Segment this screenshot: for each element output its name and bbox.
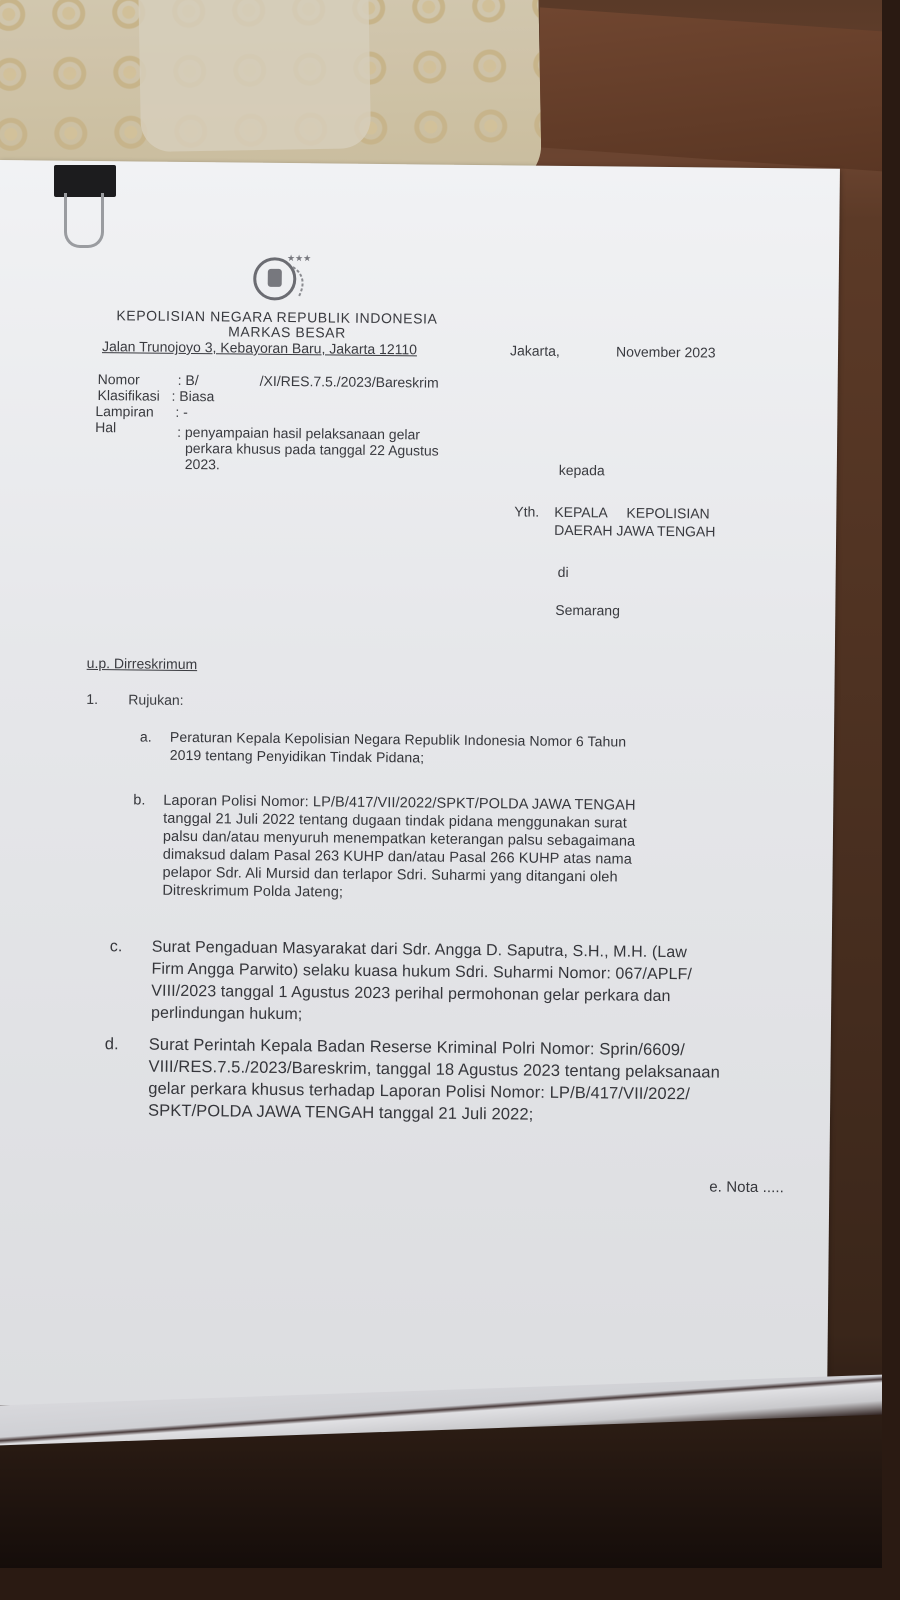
attention-line: u.p. Dirreskrimum (87, 655, 198, 673)
section-title: Rujukan: (128, 691, 183, 709)
hal-label: Hal (95, 419, 116, 436)
reference-line: Surat Perintah Kepala Badan Reserse Krim… (149, 1036, 685, 1061)
reference-line: VIII/RES.7.5./2023/Bareskrim, tanggal 18… (148, 1058, 720, 1083)
hal-line-2: perkara khusus pada tanggal 22 Agustus (185, 440, 439, 460)
recipient-di: di (558, 564, 569, 581)
reference-label: c. (110, 937, 123, 956)
hal-line-3: 2023. (185, 456, 220, 473)
lampiran-value: : - (175, 404, 188, 421)
reference-label: a. (140, 727, 152, 746)
klasifikasi-label: Klasifikasi (97, 387, 159, 405)
nomor-prefix: : B/ (178, 372, 199, 389)
address: Jalan Trunojoyo 3, Kebayoran Baru, Jakar… (102, 338, 417, 358)
reference-line: Ditreskrimum Polda Jateng; (162, 882, 343, 903)
lampiran-label: Lampiran (95, 403, 154, 421)
letter-place: Jakarta, (510, 342, 560, 360)
wooden-surface (540, 7, 882, 172)
recipient-line-1: KEPALA KEPOLISIAN (554, 504, 710, 523)
reference-line: SPKT/POLDA JAWA TENGAH tanggal 21 Juli 2… (148, 1102, 533, 1125)
recipient-line-2: DAERAH JAWA TENGAH (554, 522, 715, 541)
continuation-marker: e. Nota ..... (709, 1177, 784, 1197)
recipient-city: Semarang (555, 602, 620, 620)
binder-clip-icon (54, 165, 116, 197)
letter-page: ★★★ KEPOLISIAN NEGARA REPUBLIK INDONESIA… (0, 160, 840, 1414)
reference-line: Surat Pengaduan Masyarakat dari Sdr. Ang… (152, 938, 687, 963)
reference-line: perlindungan hukum; (151, 1004, 303, 1025)
police-emblem-icon: ★★★ (251, 247, 318, 304)
klasifikasi-value: : Biasa (171, 388, 214, 405)
letter-date: November 2023 (616, 343, 716, 361)
nomor-suffix: /XI/RES.7.5./2023/Bareskrim (260, 373, 439, 392)
reference-label: b. (133, 791, 145, 810)
nomor-label: Nomor (98, 371, 140, 388)
reference-label: d. (105, 1035, 119, 1054)
reference-line: Firm Angga Parwito) selaku kuasa hukum S… (151, 960, 692, 985)
kepada-label: kepada (559, 462, 605, 479)
reference-line: gelar perkara khusus terhadap Laporan Po… (148, 1080, 690, 1105)
reference-line: 2019 tentang Penyidikan Tindak Pidana; (170, 746, 425, 768)
section-number: 1. (86, 691, 98, 708)
svg-text:★★★: ★★★ (287, 253, 311, 263)
reference-line: VIII/2023 tanggal 1 Agustus 2023 perihal… (151, 982, 670, 1006)
yth-label: Yth. (514, 503, 539, 520)
